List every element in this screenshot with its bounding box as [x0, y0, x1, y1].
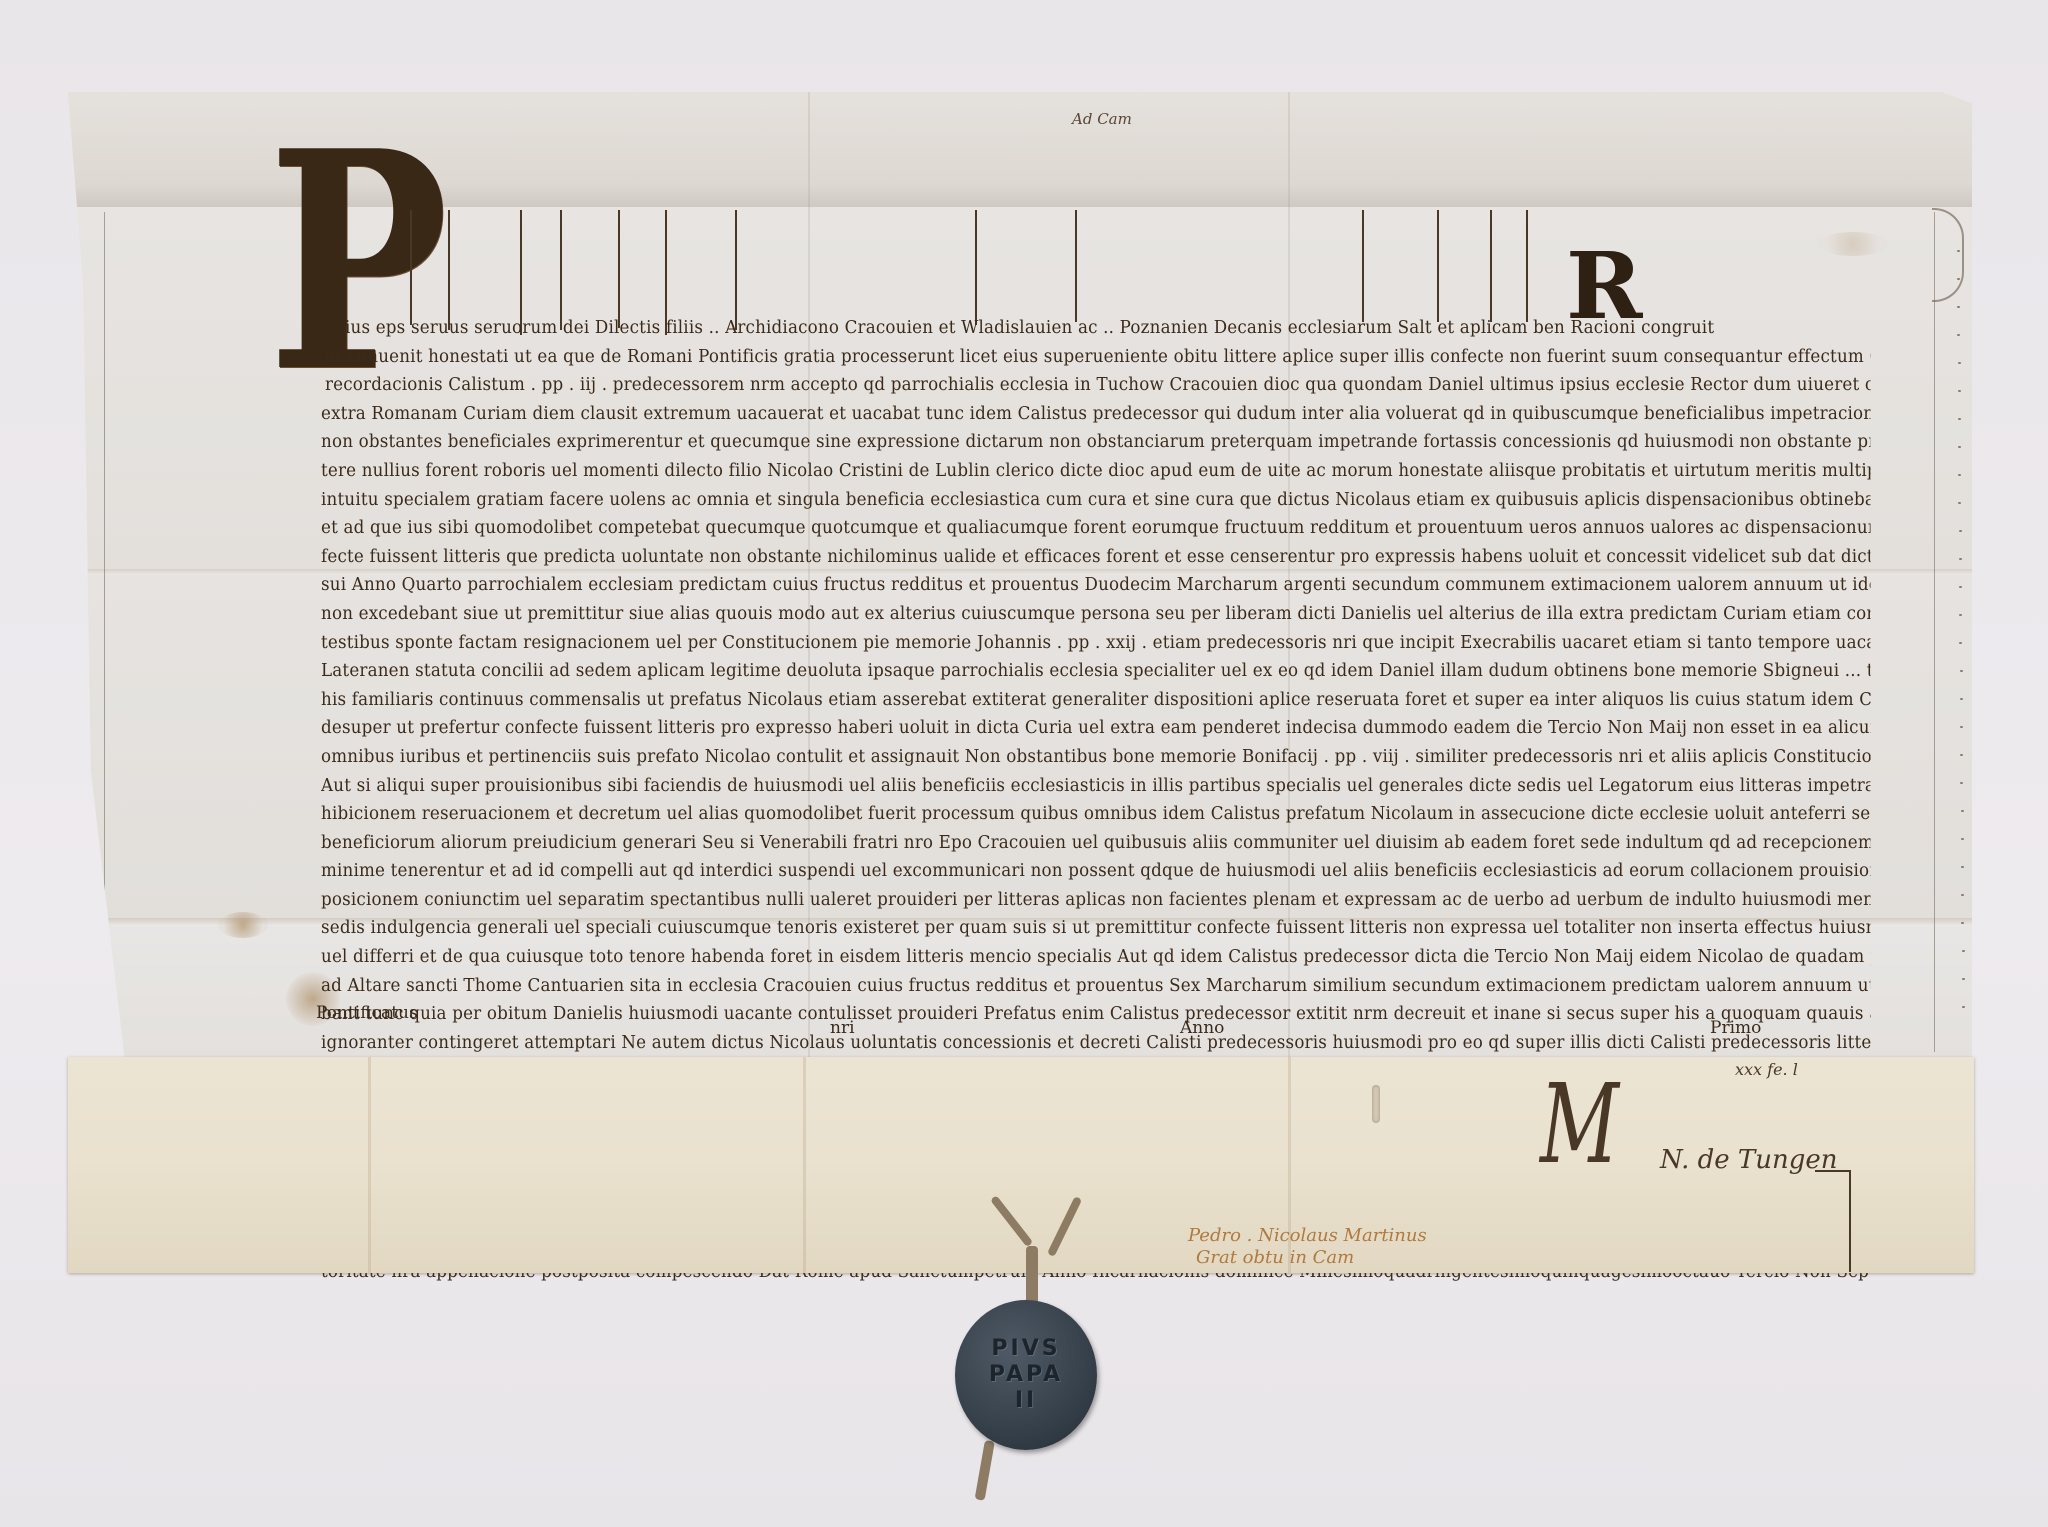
text-line: Lateranen statuta concilii ad sedem apli…	[321, 657, 1870, 686]
text-line: et conuenit honestati ut ea que de Roman…	[325, 343, 1871, 372]
text-line: extra Romanam Curiam diem clausit extrem…	[321, 400, 1870, 429]
stain	[218, 912, 268, 938]
text-line: his familiaris continuus commensalis ut …	[321, 686, 1870, 715]
text-line: bant tunc quia per obitum Danielis huius…	[321, 1000, 1870, 1029]
scribe-signature-name: N. de Tungen	[1660, 1145, 1838, 1175]
scribe-tax-note: xxx fe. l	[1735, 1060, 1798, 1079]
text-line: beneficiorum aliorum preiudicium generar…	[321, 829, 1870, 858]
text-line: non obstantes beneficiales exprimerentur…	[321, 428, 1870, 457]
bulla-text-line: PAPA	[989, 1362, 1063, 1388]
text-line: tere nullius forent roboris uel momenti …	[321, 457, 1870, 486]
text-line: Aut si aliqui super prouisionibus sibi f…	[321, 772, 1870, 801]
top-annotation: Ad Cam	[1072, 110, 1132, 128]
final-row-primo: Primo	[1710, 1018, 1761, 1038]
bulla-text-line: II	[1015, 1388, 1037, 1414]
cord-slit	[1372, 1085, 1380, 1123]
lead-bulla-seal: PIVS PAPA II	[955, 1300, 1097, 1450]
final-row-pontificatus: Pontificatus	[316, 1003, 418, 1023]
text-line: sui Anno Quarto parrochialem ecclesiam p…	[321, 571, 1870, 600]
text-line: posicionem coniunctim uel separatim spec…	[321, 886, 1870, 915]
registry-note-line: Grat obtu in Cam	[1196, 1247, 1427, 1269]
text-line: minime tenerentur et ad id compelli aut …	[321, 857, 1870, 886]
scribe-signature-initial: M	[1540, 1060, 1619, 1188]
text-line: desuper ut prefertur confecte fuissent l…	[321, 714, 1870, 743]
text-line: fecte fuissent litteris que predicta uol…	[321, 543, 1870, 572]
text-line: omnibus iuribus et pertinenciis suis pre…	[321, 743, 1870, 772]
stain	[1818, 232, 1888, 256]
text-line: sedis indulgencia generali uel speciali …	[321, 914, 1870, 943]
text-line: hibicionem reseruacionem et decretum uel…	[321, 800, 1870, 829]
text-line: ius eps seruus seruorum dei Dilectis fil…	[345, 314, 1871, 343]
text-line: intuitu specialem gratiam facere uolens …	[321, 486, 1870, 515]
text-line: uel differri et de qua cuiusque toto ten…	[321, 943, 1870, 972]
text-line: testibus sponte factam resignacionem uel…	[321, 629, 1870, 658]
text-line: et ad que ius sibi quomodolibet competeb…	[321, 514, 1870, 543]
text-line: ad Altare sancti Thome Cantuarien sita i…	[321, 972, 1870, 1001]
bulla-text-line: PIVS	[991, 1336, 1060, 1362]
left-ruling-line	[104, 212, 105, 1002]
text-line: ignoranter contingeret attemptari Ne aut…	[321, 1029, 1870, 1058]
text-line: recordacionis Calistum . pp . iij . pred…	[325, 371, 1871, 400]
text-line: non excedebant siue ut premittitur siue …	[321, 600, 1870, 629]
final-row-nri: nri	[830, 1018, 855, 1038]
registry-note: Pedro . Nicolaus Martinus Grat obtu in C…	[1188, 1225, 1427, 1269]
final-row-anno: Anno	[1180, 1018, 1224, 1038]
registry-note-line: Pedro . Nicolaus Martinus	[1188, 1225, 1427, 1247]
margin-flourish	[1932, 208, 1964, 302]
signature-bracket	[1815, 1170, 1851, 1272]
